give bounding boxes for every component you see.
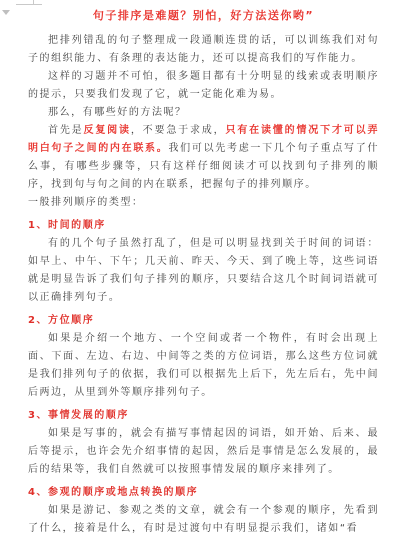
artifact-arrow-mark (2, 10, 10, 15)
body-paragraph: 一般排列顺序的类型： (28, 194, 379, 212)
artifact-line-horizontal (16, 4, 42, 5)
emphasized-text: 反复阅读 (84, 125, 131, 136)
plain-text: 一般排列顺序的类型： (28, 197, 144, 208)
body-paragraph: 那么，有哪些好的方法呢？ (28, 104, 379, 122)
body-paragraph: 有的几个句子虽然打乱了，但是可以明显找到关于时间的词语：如早上、中午、下午；几天… (28, 235, 379, 307)
section-heading: 3、事情发展的顺序 (28, 407, 379, 425)
body-paragraph: 如果是介绍一个地方、一个空间或者一个物件，有时会出现上面、下面、左边、右边、中间… (28, 330, 379, 402)
plain-text: 4、参观的顺序或地点转换的顺序 (28, 487, 198, 498)
plain-text: 如果是游记、参观之类的文章，就会有一个参观的顺序，先看到了什么，接着是什么，有时… (28, 505, 379, 534)
plain-text: ，不要急于求成， (131, 125, 226, 136)
body-paragraph: 这样的习题并不可怕，很多题目都有十分明显的线索或表明顺序的提示，只要我们发现了它… (28, 68, 379, 104)
plain-text: 如果是写事的，就会有描写事情起因的词语，如开始、后来、最后等提示，也许会先介绍事… (28, 428, 379, 475)
plain-text: 首先是 (48, 125, 84, 136)
section-heading: 4、参观的顺序或地点转换的顺序 (28, 484, 379, 502)
plain-text: 1、时间的顺序 (28, 220, 106, 231)
artifact-line-vertical (33, 0, 34, 5)
plain-text: 这样的习题并不可怕，很多题目都有十分明显的线索或表明顺序的提示，只要我们发现了它… (28, 71, 379, 100)
plain-text: 如果是介绍一个地方、一个空间或者一个物件，有时会出现上面、下面、左边、右边、中间… (28, 333, 379, 398)
plain-text: 3、事情发展的顺序 (28, 410, 129, 421)
body-paragraph: 如果是写事的，就会有描写事情起因的词语，如开始、后来、最后等提示，也许会先介绍事… (28, 425, 379, 479)
document-title: 句子排序是难题？别怕，好方法送你哟” (28, 8, 379, 24)
plain-text: 把排列错乱的句子整理成一段通顺连贯的话，可以训练我们对句子的组织能力、有条理的表… (28, 35, 379, 64)
document-content: 句子排序是难题？别怕，好方法送你哟” 把排列错乱的句子整理成一段通顺连贯的话，可… (28, 8, 379, 538)
body-paragraph: 首先是反复阅读，不要急于求成，只有在读懂的情况下才可以弄明白句子之间的内在联系。… (28, 122, 379, 194)
plain-text: 2、方位顺序 (28, 315, 94, 326)
section-heading: 1、时间的顺序 (28, 217, 379, 235)
body-paragraph: 把排列错乱的句子整理成一段通顺连贯的话，可以训练我们对句子的组织能力、有条理的表… (28, 32, 379, 68)
body-paragraph: 如果是游记、参观之类的文章，就会有一个参观的顺序，先看到了什么，接着是什么，有时… (28, 502, 379, 538)
plain-text: 那么，有哪些好的方法呢？ (48, 107, 187, 118)
document-body: 把排列错乱的句子整理成一段通顺连贯的话，可以训练我们对句子的组织能力、有条理的表… (28, 32, 379, 538)
document-page: 句子排序是难题？别怕，好方法送你哟” 把排列错乱的句子整理成一段通顺连贯的话，可… (0, 0, 407, 547)
section-heading: 2、方位顺序 (28, 312, 379, 330)
plain-text: 有的几个句子虽然打乱了，但是可以明显找到关于时间的词语：如早上、中午、下午；几天… (28, 238, 379, 303)
